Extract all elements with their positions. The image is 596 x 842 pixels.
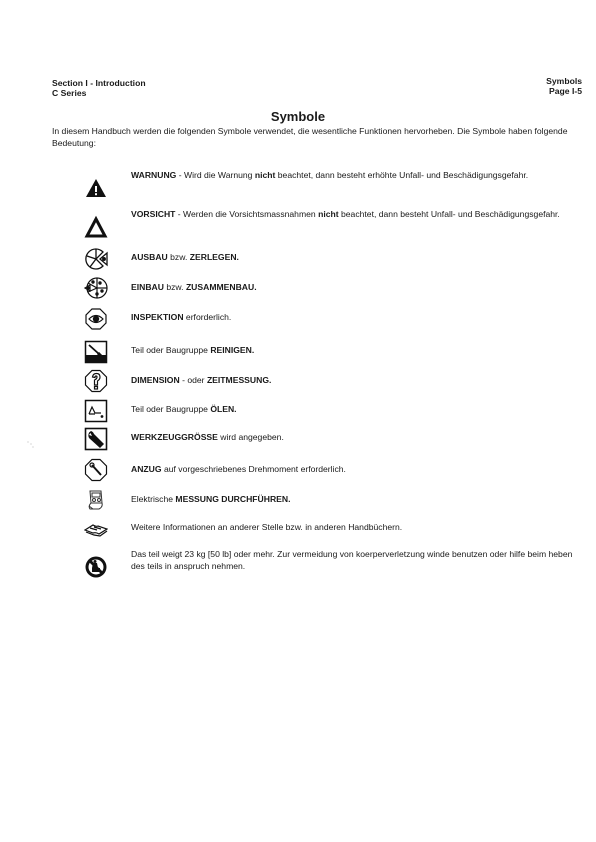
- symbol-text: VORSICHT - Werden die Vorsichtsmassnahme…: [131, 209, 583, 221]
- body-text: Weitere Informationen an anderer Stelle …: [131, 522, 402, 532]
- emphasis-text: nicht: [255, 170, 276, 180]
- body-text: beachtet, dann besteht erhöhte Unfall- u…: [275, 170, 528, 180]
- oil-can-icon: [84, 399, 108, 423]
- emphasis-text: REINIGEN.: [210, 345, 254, 355]
- body-text: beachtet, dann besteht Unfall- und Besch…: [339, 209, 560, 219]
- scan-artifact: [27, 436, 35, 444]
- body-text: bzw.: [168, 252, 190, 262]
- open-book-icon: [84, 516, 108, 540]
- body-text: - Werden die Vorsichtsmassnahmen: [175, 209, 318, 219]
- disassembly-icon: [84, 247, 108, 271]
- symbol-text: WERKZEUGGRÖSSE wird angegeben.: [131, 432, 583, 444]
- body-text: auf vorgeschriebenes Drehmoment erforder…: [162, 464, 346, 474]
- symbol-text: Teil oder Baugruppe ÖLEN.: [131, 404, 583, 416]
- symbol-text: Das teil weigt 23 kg [50 lb] oder mehr. …: [131, 549, 583, 572]
- torque-wrench-icon: [84, 458, 108, 482]
- wrench-icon: [84, 427, 108, 451]
- emphasis-text: MESSUNG DURCHFÜHREN.: [175, 494, 290, 504]
- series-label: C Series: [52, 88, 146, 98]
- emphasis-text: ANZUG: [131, 464, 162, 474]
- body-text: - Wird die Warnung: [176, 170, 254, 180]
- symbol-text: AUSBAU bzw. ZERLEGEN.: [131, 252, 583, 264]
- symbol-text: WARNUNG - Wird die Warnung nicht beachte…: [131, 170, 583, 182]
- section-label: Section I - Introduction: [52, 78, 146, 88]
- symbol-text: Teil oder Baugruppe REINIGEN.: [131, 345, 583, 357]
- emphasis-text: ZUSAMMENBAU.: [186, 282, 257, 292]
- body-text: bzw.: [164, 282, 186, 292]
- topic-label: Symbols: [546, 76, 582, 86]
- symbol-text: EINBAU bzw. ZUSAMMENBAU.: [131, 282, 583, 294]
- body-text: erforderlich.: [184, 312, 232, 322]
- body-text: - oder: [180, 375, 207, 385]
- caution-outline-triangle-icon: [84, 215, 108, 239]
- emphasis-text: DIMENSION: [131, 375, 180, 385]
- emphasis-text: WARNUNG: [131, 170, 176, 180]
- emphasis-text: ZEITMESSUNG.: [207, 375, 271, 385]
- inspection-eye-icon: [84, 307, 108, 331]
- header-left: Section I - Introduction C Series: [52, 78, 146, 98]
- assembly-icon: [84, 276, 108, 300]
- electrical-meter-icon: [84, 488, 108, 512]
- symbol-text: INSPEKTION erforderlich.: [131, 312, 583, 324]
- body-text: Teil oder Baugruppe: [131, 404, 210, 414]
- measurement-question-icon: [84, 369, 108, 393]
- emphasis-text: ZERLEGEN.: [190, 252, 239, 262]
- emphasis-text: nicht: [318, 209, 339, 219]
- emphasis-text: VORSICHT: [131, 209, 175, 219]
- page-number: Page I-5: [546, 86, 582, 96]
- heavy-lift-prohibited-icon: [84, 555, 108, 579]
- emphasis-text: ÖLEN.: [210, 404, 236, 414]
- page-title: Symbole: [0, 109, 596, 124]
- emphasis-text: INSPEKTION: [131, 312, 184, 322]
- clean-brush-icon: [84, 340, 108, 364]
- body-text: Elektrische: [131, 494, 175, 504]
- symbol-text: DIMENSION - oder ZEITMESSUNG.: [131, 375, 583, 387]
- emphasis-text: AUSBAU: [131, 252, 168, 262]
- intro-paragraph: In diesem Handbuch werden die folgenden …: [52, 126, 582, 149]
- header-right: Symbols Page I-5: [546, 76, 582, 96]
- body-text: Teil oder Baugruppe: [131, 345, 210, 355]
- emphasis-text: WERKZEUGGRÖSSE: [131, 432, 218, 442]
- symbol-text: Weitere Informationen an anderer Stelle …: [131, 522, 583, 534]
- emphasis-text: EINBAU: [131, 282, 164, 292]
- body-text: Das teil weigt 23 kg [50 lb] oder mehr. …: [131, 549, 572, 571]
- symbol-text: Elektrische MESSUNG DURCHFÜHREN.: [131, 494, 583, 506]
- warning-filled-triangle-icon: [84, 176, 108, 200]
- symbol-text: ANZUG auf vorgeschriebenes Drehmoment er…: [131, 464, 583, 476]
- body-text: wird angegeben.: [218, 432, 284, 442]
